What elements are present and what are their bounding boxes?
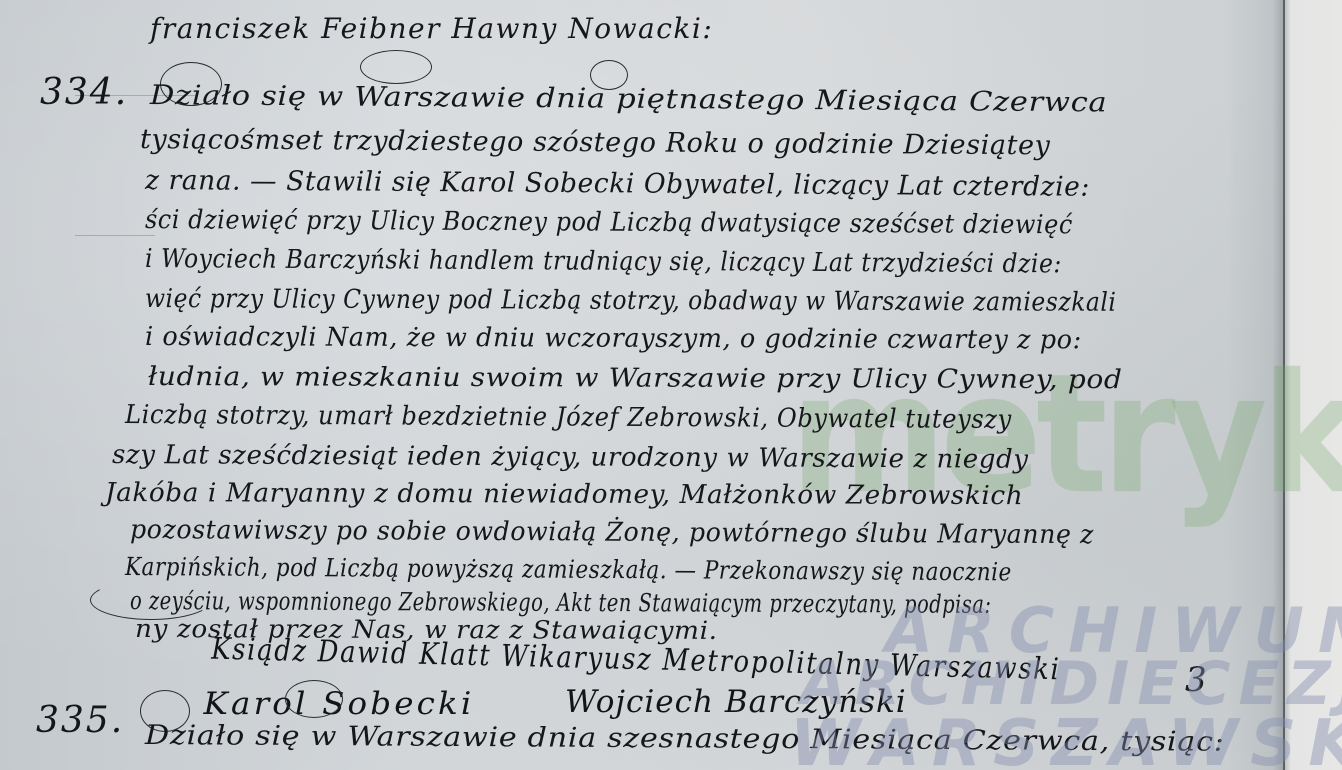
record-line-12: pozostawiwszy po sobie owdowiałą Żonę, p… bbox=[130, 515, 1094, 550]
entry-number-334: 334. bbox=[40, 72, 128, 113]
entry-number-335: 335. bbox=[36, 700, 124, 741]
flourish bbox=[360, 50, 432, 84]
scanned-document-page: metryki.ge franciszek Feibner Hawny Nowa… bbox=[0, 0, 1342, 770]
watermark-warszawskiej: WARSZAWSKIEJ bbox=[790, 712, 1342, 770]
faint-ruling bbox=[75, 235, 155, 236]
record-line-4: ści dziewięć przy Ulicy Boczney pod Licz… bbox=[145, 205, 1073, 240]
record-line-6: więć przy Ulicy Cywney pod Liczbą stotrz… bbox=[145, 284, 1117, 318]
record-line-8: łudnia, w mieszkaniu swoim w Warszawie p… bbox=[148, 362, 1123, 395]
record-line-10: szy Lat sześćdziesiąt ieden żyiący, urod… bbox=[112, 440, 1029, 475]
record-line-7: i oświadczyli Nam, że w dniu wczorayszym… bbox=[145, 322, 1082, 355]
record-line-11: Jakóba i Maryanny z domu niewiadomey, Ma… bbox=[105, 478, 1023, 511]
record-line-2: tysiącośmset trzydziestego szóstego Roku… bbox=[140, 124, 1051, 161]
record-line-9: Liczbą stotrzy, umarł bezdzietnie Józef … bbox=[125, 400, 1012, 435]
record-line-5: i Woyciech Barczyński handlem trudniący … bbox=[145, 244, 1062, 279]
record-line-3: z rana. — Stawili się Karol Sobecki Obyw… bbox=[145, 165, 1090, 203]
record-line-1: Działo się w Warszawie dnia piętnastego … bbox=[150, 80, 1108, 118]
watermark-archidiecezji: ARCHIDIECEZJI bbox=[800, 654, 1342, 714]
previous-entry-signatures: franciszek Feibner Hawny Nowacki: bbox=[150, 12, 713, 45]
record-line-13: Karpińskich, pod Liczbą powyższą zamiesz… bbox=[125, 552, 1012, 586]
flourish bbox=[285, 680, 343, 718]
